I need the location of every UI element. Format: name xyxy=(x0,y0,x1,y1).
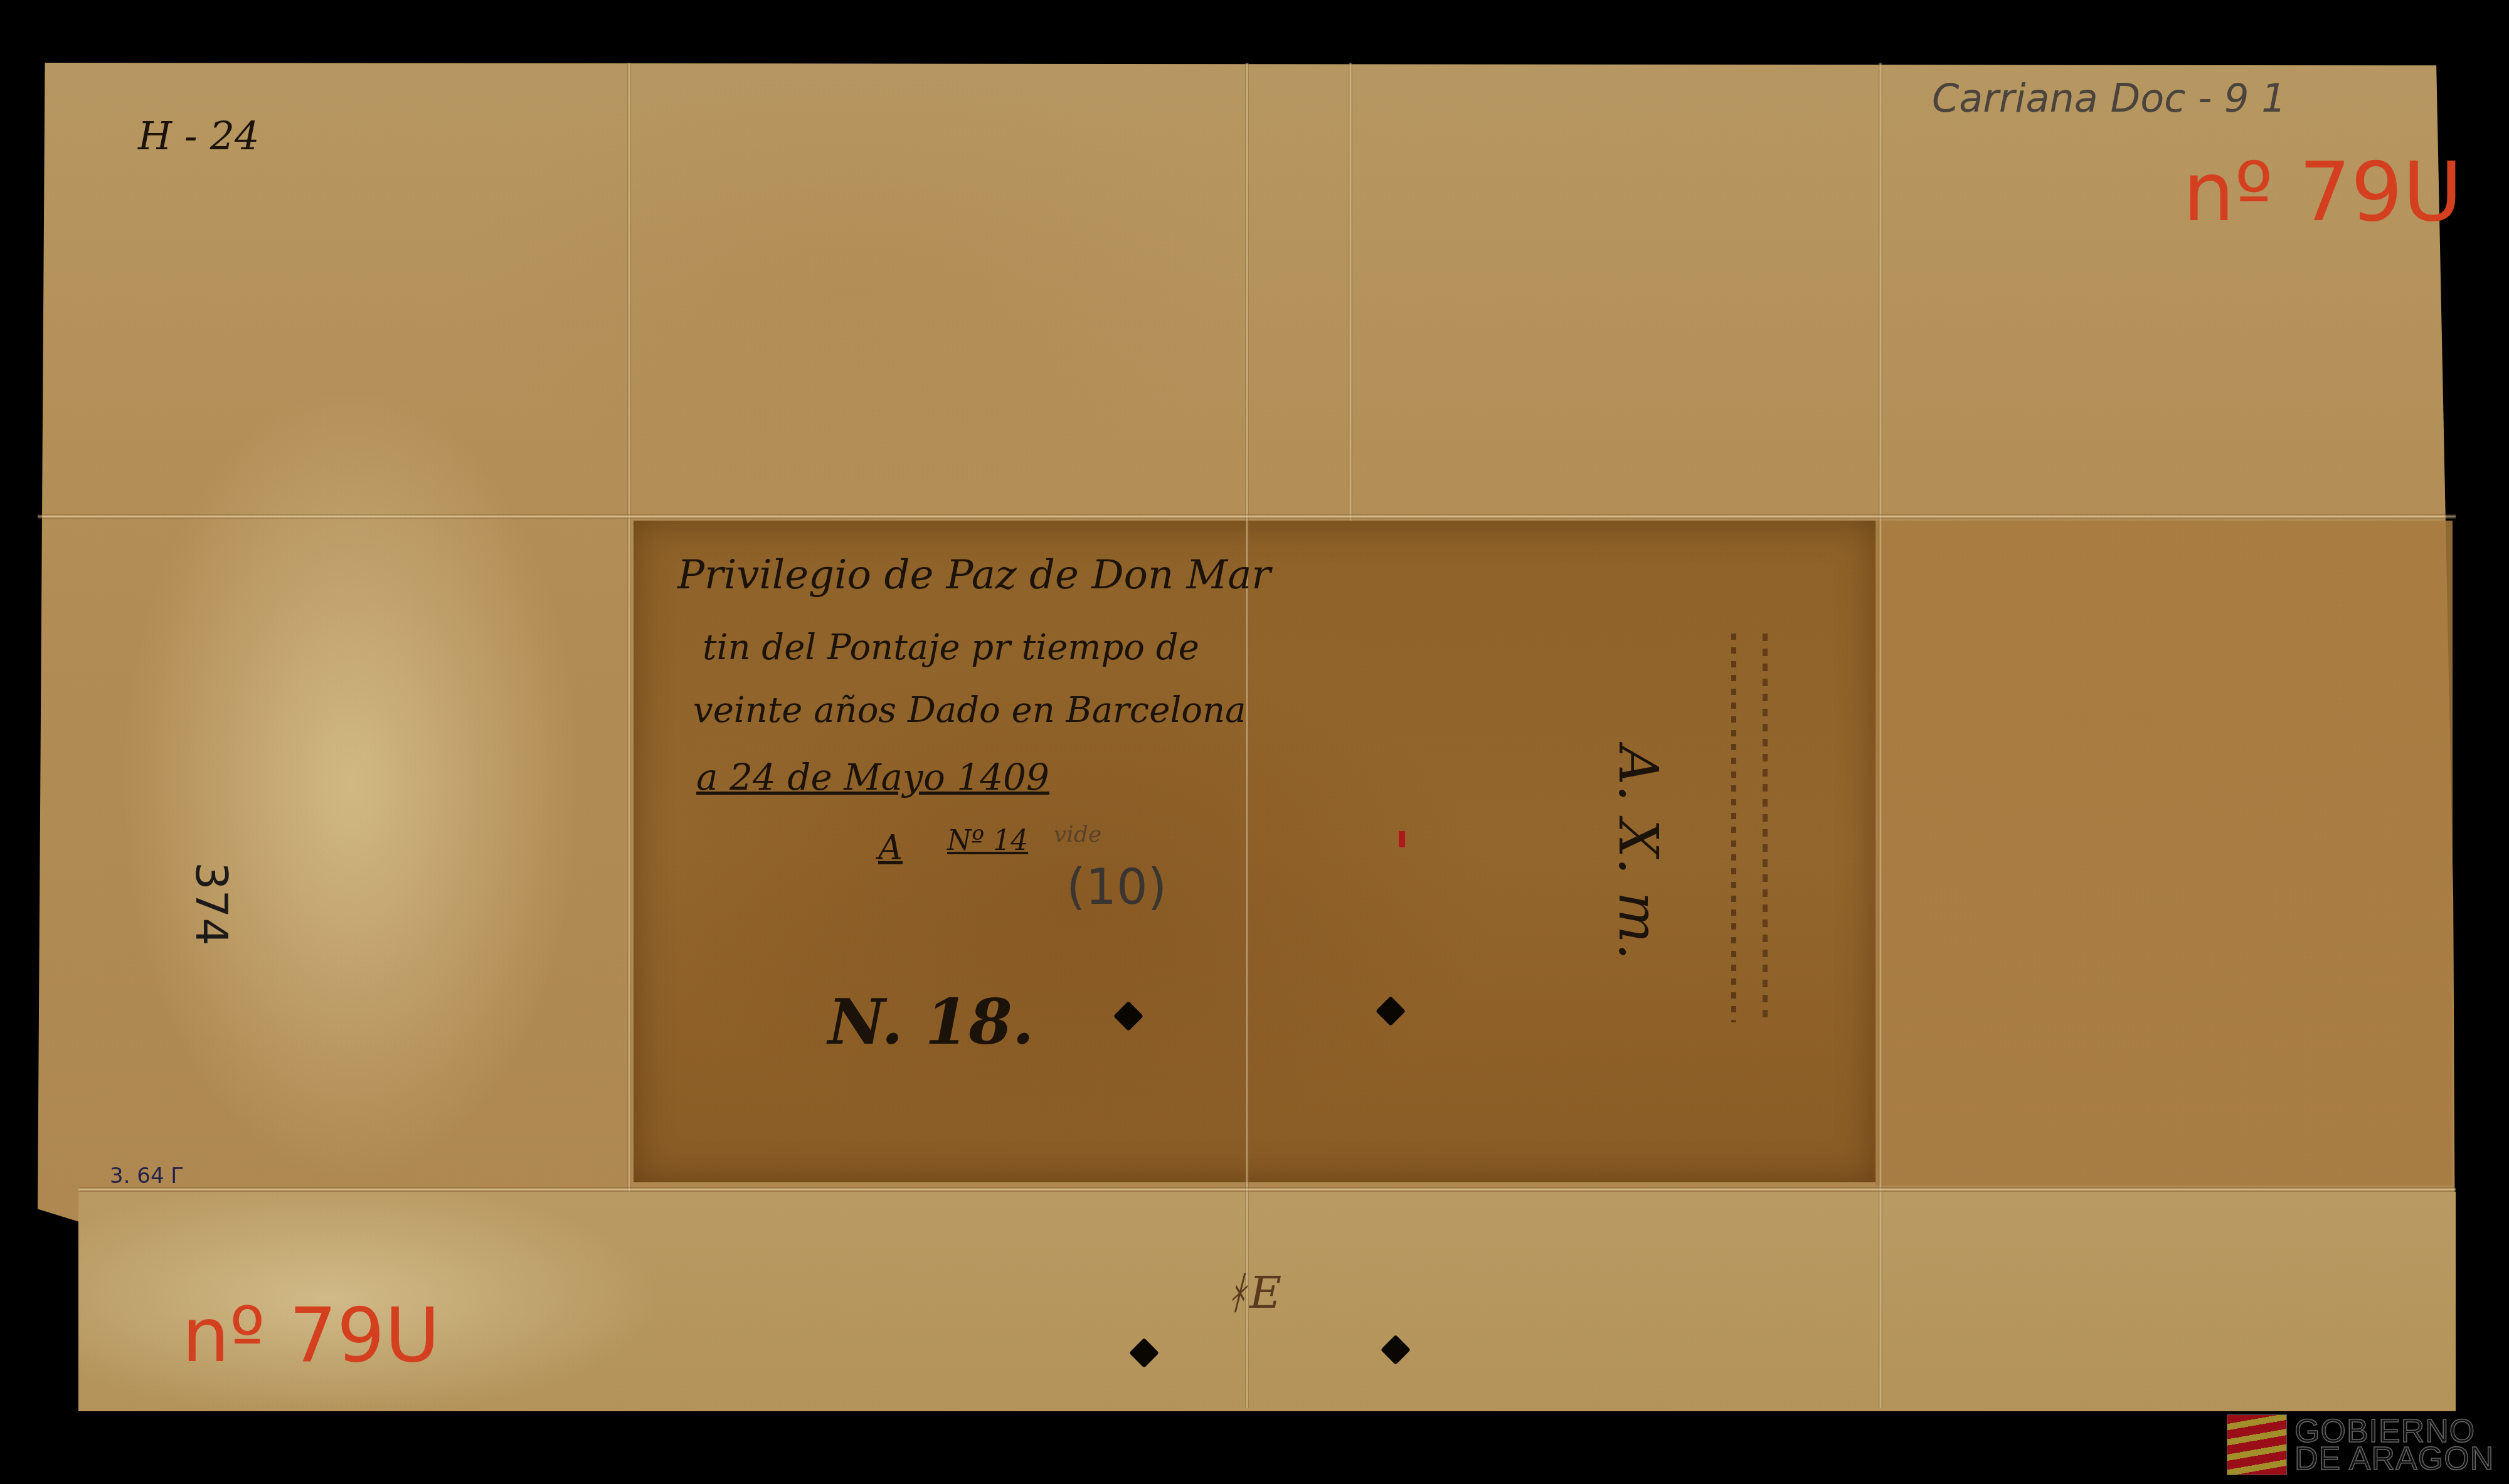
endorsement-line-3: veinte años Dado en Barcelona xyxy=(693,690,1246,731)
logo-line-2: DE ARAGON xyxy=(2294,1445,2494,1473)
pencil-archive-note: Carriana Doc - 9 1 xyxy=(1932,75,2286,121)
aragon-flag-icon xyxy=(2227,1414,2287,1475)
ref-letter: A xyxy=(878,828,903,867)
faded-vertical-text xyxy=(1731,633,1736,1022)
endorsement-line-2: tin del Pontaje pr tiempo de xyxy=(703,627,1199,668)
vertical-number-374: 374 xyxy=(186,862,237,946)
faded-vertical-text xyxy=(1763,633,1768,1022)
fold-line-horizontal xyxy=(78,1187,2456,1192)
circled-number: (10) xyxy=(1066,859,1167,916)
red-wax-trace xyxy=(1399,831,1405,847)
gobierno-de-aragon-logo: GOBIERNO DE ARAGON xyxy=(2227,1414,2494,1475)
fold-line-vertical xyxy=(1349,63,1352,521)
fold-line-vertical xyxy=(1879,63,1882,1408)
monogram-mark: ᚼE xyxy=(1223,1267,1281,1318)
center-endorsement-panel xyxy=(634,521,1875,1182)
shelfmark-top-left: H - 24 xyxy=(138,113,259,159)
red-document-number-top: nº 79U xyxy=(2183,144,2463,240)
endorsement-date: a 24 de Mayo 1409 xyxy=(696,756,1049,798)
big-document-number: N. 18. xyxy=(828,985,1034,1059)
fold-line-vertical xyxy=(627,63,631,1192)
ref-number: Nº 14 xyxy=(947,825,1028,857)
fold-line-vertical xyxy=(1245,63,1249,1408)
right-panel xyxy=(1875,521,2453,1185)
fold-line-horizontal xyxy=(38,514,2456,519)
ref-note: vide xyxy=(1054,822,1101,847)
red-document-number-bottom: nº 79U xyxy=(182,1292,440,1379)
vertical-mark: A. X. m. xyxy=(1606,746,1669,960)
small-shelfmark: 3. 64 Γ xyxy=(110,1163,183,1189)
endorsement-line-1: Privilegio de Paz de Don Mar xyxy=(677,552,1271,598)
